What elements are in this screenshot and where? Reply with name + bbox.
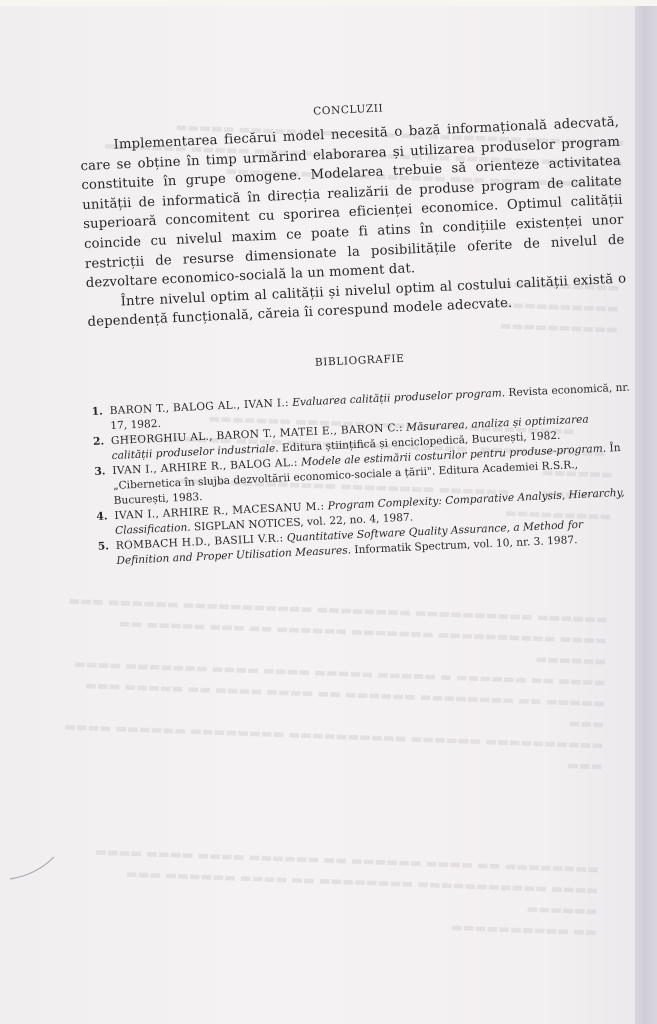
bibliography-list: 1. BARON T., BALOG AL., IVAN I.: Evaluar… — [91, 380, 638, 569]
bibliography-heading: BIBLIOGRAFIE — [90, 342, 630, 378]
conclusions-paragraph-1: Implementarea fiecărui model necesită o … — [79, 113, 626, 294]
page-content: CONCLUZII Implementarea fiecărui model n… — [78, 92, 638, 570]
entry-number: 3. — [94, 465, 106, 480]
entry-number: 4. — [96, 509, 108, 524]
scanned-page: ▬▬▬▬▬ ▬▬▬ ▬▬▬▬▬▬▬▬ ▬▬ ▬▬▬▬ ▬▬▬▬▬▬▬▬▬ ▬▬▬… — [0, 0, 657, 1024]
entry-authors: BARON T., BALOG AL., IVAN I.: — [109, 397, 289, 417]
pen-stroke-mark — [8, 855, 58, 885]
entry-title: Evaluarea calității produselor program. — [292, 387, 505, 409]
entry-number: 1. — [91, 404, 103, 419]
entry-number: 5. — [98, 540, 110, 555]
page-edge-shadow — [635, 6, 657, 1024]
entry-number: 2. — [93, 435, 105, 450]
